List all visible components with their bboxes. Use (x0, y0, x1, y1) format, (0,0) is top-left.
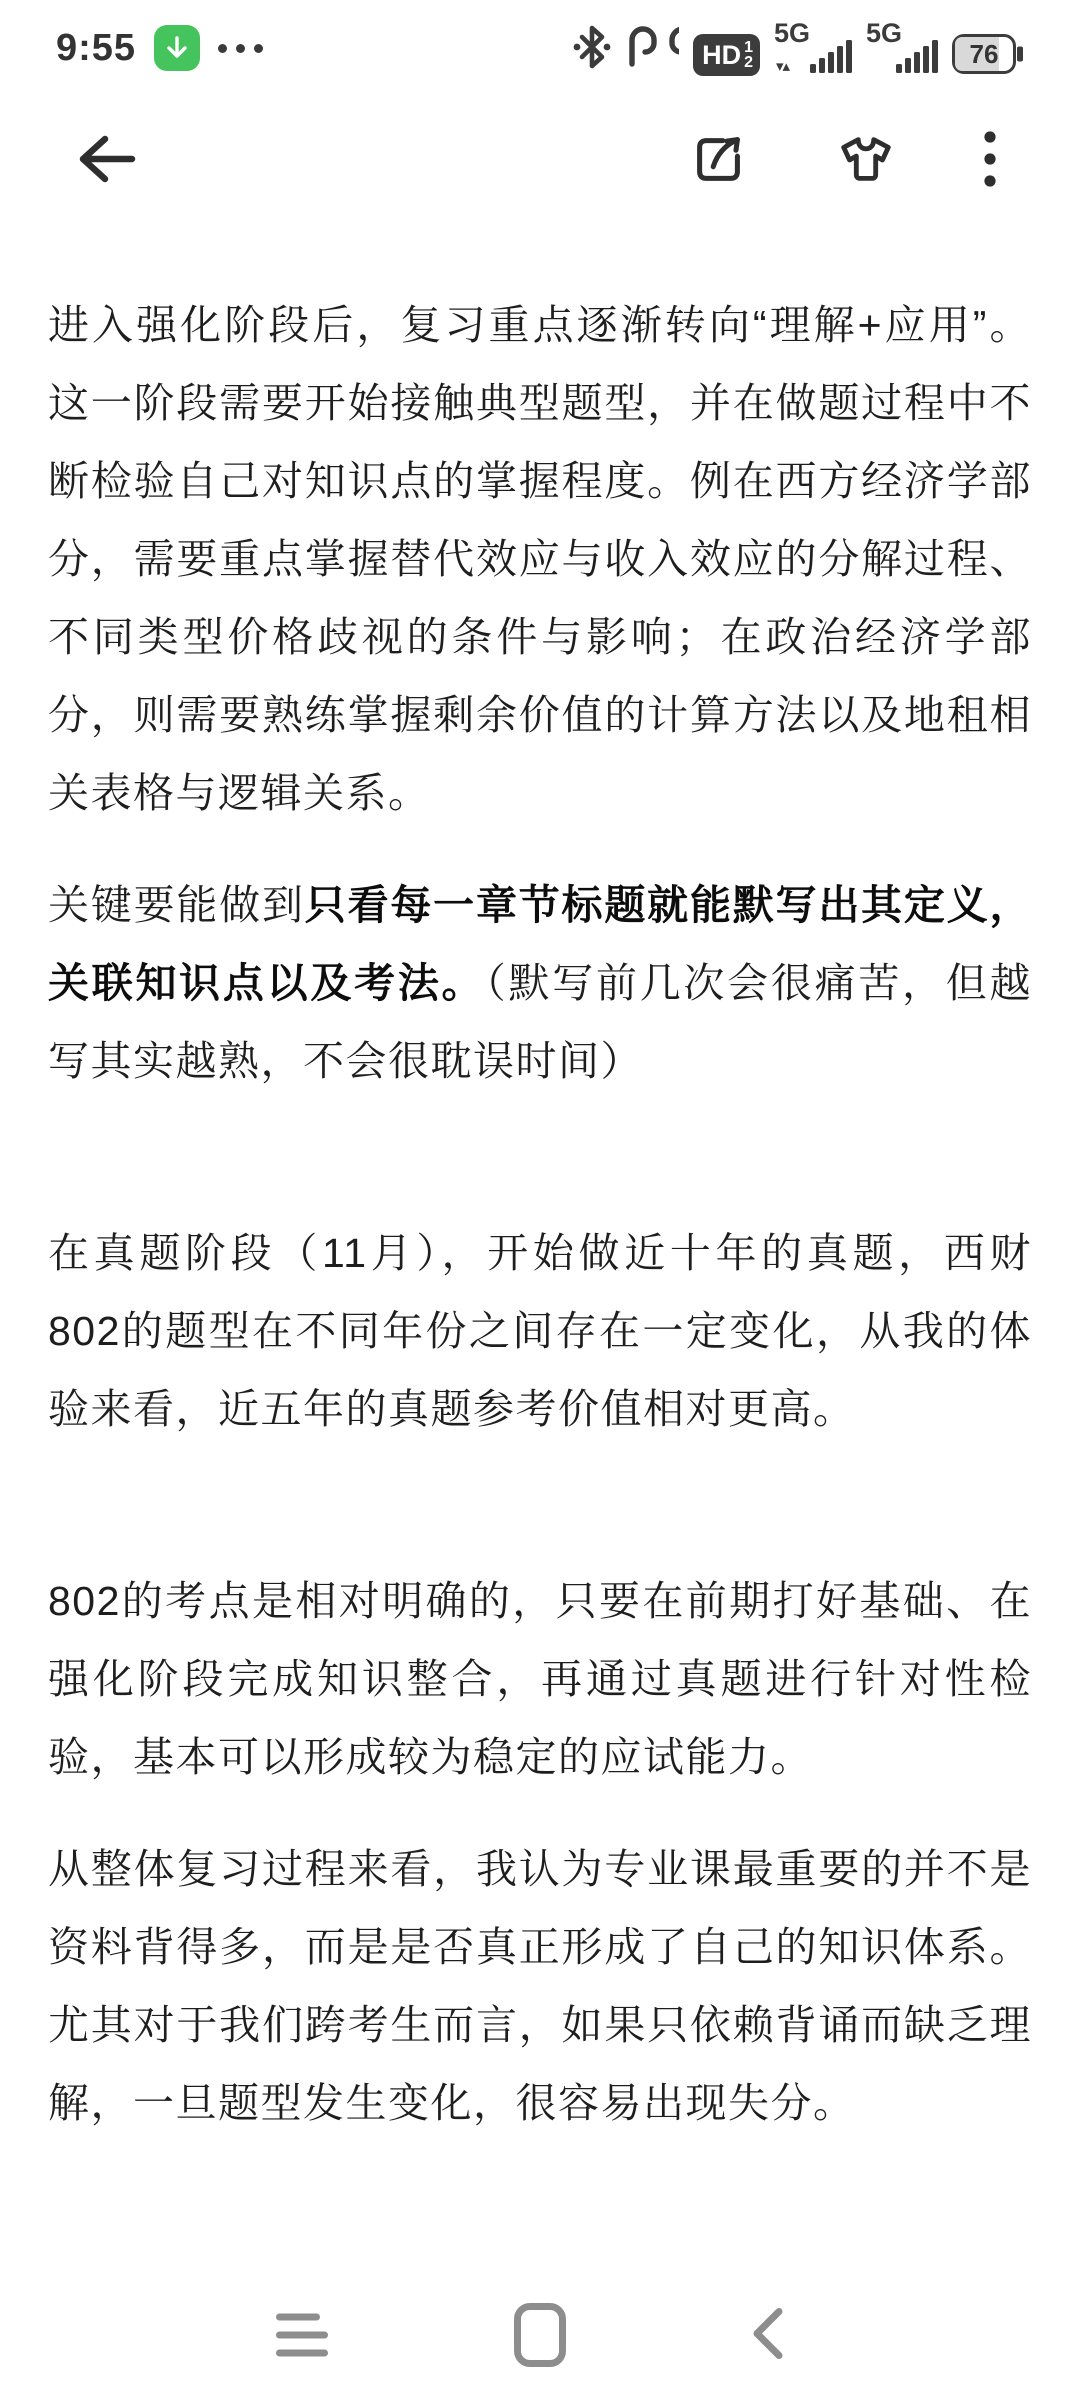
share-icon (688, 128, 750, 193)
paragraph-text: 进入强化阶段后，复习重点逐渐转向“理解+应用”。这一阶段需要开始接触典型题型，并… (48, 302, 1032, 816)
battery-percent: 76 (970, 39, 999, 70)
article-body: 进入强化阶段后，复习重点逐渐转向“理解+应用”。这一阶段需要开始接触典型题型，并… (48, 286, 1032, 2176)
system-navigation-bar (0, 2270, 1080, 2400)
nav-back-button[interactable] (745, 2300, 789, 2371)
nav-back-icon (745, 2300, 789, 2371)
share-button[interactable] (688, 128, 750, 193)
battery-indicator: 76 (952, 34, 1016, 74)
hd-sim2: 2 (744, 55, 753, 70)
paragraph: 关键要能做到只看每一章节标题就能默写出其定义，关联知识点以及考法。（默写前几次会… (48, 866, 1032, 1100)
recents-icon (276, 2314, 328, 2357)
paragraph: 802的考点是相对明确的，只要在前期打好基础、在强化阶段完成知识整合，再通过真题… (48, 1562, 1032, 1796)
tshirt-icon (834, 128, 898, 193)
paragraph-text: 从整体复习过程来看，我认为专业课最重要的并不是资料背得多，而是是否真正形成了自己… (48, 1846, 1032, 2126)
status-bar-left: 9:55 (56, 25, 263, 71)
phone-screen: 9:55 (0, 0, 1080, 2400)
home-button[interactable] (514, 2303, 566, 2367)
network-type-label: 5G (774, 18, 810, 49)
download-icon (154, 25, 200, 71)
more-notifications-icon (218, 44, 263, 53)
try-on-button[interactable] (834, 128, 898, 193)
clock: 9:55 (56, 27, 136, 70)
status-bar-right: HD 1 2 5G ▾▴ 5G 76 (573, 20, 1016, 76)
app-bar (0, 100, 1080, 220)
hd-sim1: 1 (744, 40, 753, 55)
back-button[interactable] (70, 127, 142, 194)
volte-hd-badge: HD 1 2 (693, 34, 760, 76)
app-bar-actions (688, 128, 998, 193)
signal-bars-icon (810, 40, 852, 73)
signal-sim2: 5G (866, 20, 938, 76)
hd-label: HD (702, 40, 741, 71)
bluetooth-icon (573, 23, 611, 76)
recents-button[interactable] (276, 2314, 328, 2357)
data-activity-arrows-icon: ▾▴ (776, 60, 789, 74)
battery-nub (1017, 47, 1023, 62)
kebab-menu-icon (982, 128, 998, 193)
status-bar: 9:55 (0, 0, 1080, 86)
paragraph-text: 关键要能做到 (48, 882, 305, 928)
paragraph: 在真题阶段（11月），开始做近十年的真题，西财802的题型在不同年份之间存在一定… (48, 1214, 1032, 1448)
paragraph-text: 802的考点是相对明确的，只要在前期打好基础、在强化阶段完成知识整合，再通过真题… (48, 1578, 1032, 1780)
paragraph: 进入强化阶段后，复习重点逐渐转向“理解+应用”。这一阶段需要开始接触典型题型，并… (48, 286, 1032, 832)
home-icon (514, 2303, 566, 2367)
earbuds-icon (625, 23, 679, 76)
overflow-menu-button[interactable] (982, 128, 998, 193)
hd-sim-stack: 1 2 (744, 40, 753, 70)
back-arrow-icon (70, 127, 142, 194)
paragraph: 从整体复习过程来看，我认为专业课最重要的并不是资料背得多，而是是否真正形成了自己… (48, 1830, 1032, 2142)
signal-sim1: 5G ▾▴ (774, 20, 852, 76)
signal-bars-icon (896, 40, 938, 73)
paragraph-text: 在真题阶段（11月），开始做近十年的真题，西财802的题型在不同年份之间存在一定… (48, 1230, 1032, 1432)
